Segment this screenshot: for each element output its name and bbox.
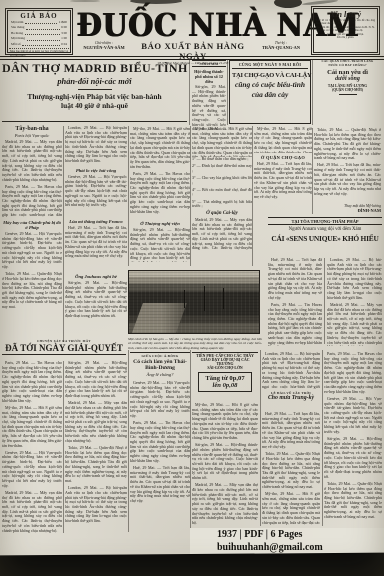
column-rule <box>227 59 228 125</box>
column-rule <box>190 126 191 266</box>
demands-intro: Mỹ-tho, 29 Mai. — Hồi 8 giờ sớm mai, chừ… <box>192 127 252 157</box>
headline-left-deck2: luật 40 giờ ở nhà-quê <box>2 101 187 110</box>
column-rule <box>260 350 261 526</box>
headline-center-box: CÙNG MỘT NGÀY 9 MAI RỒI TẠI CHỢ-GẠO VÀ C… <box>229 60 311 124</box>
phu-cap-amount-to: lên 0p,08 <box>200 382 250 389</box>
cailay-body: Madrid, 29 Mai. — Mấy vạn dân thợ đã kéo… <box>192 218 252 250</box>
section-sens-unique: TẠI TÒA THƯỢNG-THẨM PHÁP Người Annam van… <box>268 217 382 243</box>
headline-center-line2: cũng có cuộc biểu-tình <box>232 80 308 89</box>
column-senate: Mỹ-tho, 29 Mai. — Hồi 8 giờ sớm mai, chừ… <box>130 127 190 262</box>
spain-body: Madrid, 29 Mai. — Mấy vạn dân thợ đã kéo… <box>2 140 62 218</box>
myluong-signature-name: ĐÌNH-NAM <box>314 208 381 213</box>
trung-ky-title: Cho mưa Trung-kỳ <box>262 395 320 401</box>
director-name: NGUYỄN-VĂN-SÂM <box>76 45 132 50</box>
column-rule <box>128 350 129 532</box>
notice-box-title: Xin lưu ý <box>316 10 375 19</box>
spain-head: Tây-ban-nha <box>2 126 62 132</box>
chogao-body: Huế, 29 Mai. — Trời hạn đã lâu, mùa-màng… <box>254 162 312 212</box>
toi29-head: Hội-đồng thành-phố nhóm số 12 điều <box>192 69 226 84</box>
price-box-title: GIÁ BÁO <box>9 12 69 20</box>
plane-subhead: Máy bay của Chánh-phủ bị dò ở Pháp <box>2 220 62 230</box>
section-a-dong: GIỮA CUỘC Á-ĐÔNG Có cách làm yên Thái-Bì… <box>130 352 190 379</box>
column-rule <box>128 126 129 266</box>
newspaper-title: ĐUỐC NHÀ NAM <box>76 9 308 42</box>
phu-cap-body: Mỹ-tho, 29 Mai. — Hồi 8 giờ sớm mai, chừ… <box>192 403 258 525</box>
senate-body-2: Sài-gòn, 29 Mai. — Hội-đồng thành-phố nh… <box>130 228 190 262</box>
column-rule <box>312 128 313 214</box>
column-rule <box>312 59 313 125</box>
column-rule <box>189 59 190 125</box>
divider <box>339 94 357 95</box>
plane-body: Genève, 29 Mai. — Hội Vạn-quốc nhóm đại-… <box>2 232 62 340</box>
column-toi29: TỐI 29 MAI Hội-đồng thành-phố nhóm số 12… <box>192 60 226 130</box>
column-rule <box>252 126 253 266</box>
headline-left-sub: phản-đối nội-các mới <box>2 77 187 86</box>
section-phu-cap: TIỀN PHỤ-CẤP CHO CÁC THẦY GIÁO DẠY LỚP D… <box>192 352 258 394</box>
column-myluong: Tokio, 29 Mai. — Quân-đội Nhựt ở Hoa-bắc… <box>314 128 381 213</box>
notice-line: Xin lưu ý giùm. <box>316 36 375 39</box>
scan-smudge <box>70 0 100 2</box>
headline-right-kicker2: NƯỚC CÓ HAY CHĂNG? <box>314 63 381 67</box>
headline-right-line2: dưới sông <box>314 76 381 82</box>
secretary-name: TRẦN-QUANG-AN <box>254 45 308 50</box>
scan-black-bar <box>0 553 384 576</box>
document-meta: 1937 | PDF | 6 Pages <box>217 529 302 540</box>
phu-cap-line2: GIÁO DẠY LỚP DỰ-BỊ CÁC TRƯỜNG <box>192 358 258 366</box>
phu-cap-amount-from: Tăng từ 0p,07 <box>200 375 250 382</box>
wheat-body: Huế, 29 Mai. — Trời hạn đã lâu, mùa-màng… <box>65 226 127 272</box>
street-photo <box>128 270 260 334</box>
demand-item: 1° — Bỏ thuế thân cho dân nghèo ; <box>192 157 252 162</box>
scan-smudge <box>302 0 338 6</box>
sens-title: CÁI «SENS UNIQUE» KHÓ HIỂU <box>268 234 382 243</box>
a-dong-sub: Ăng-lê chăng? <box>130 372 190 377</box>
london-body-1: London, 29 Mai. — Bộ hải-quân Anh vừa ra… <box>65 126 127 166</box>
chogao-subhead: Ở QUẬN CHỢ-GẠO <box>254 155 312 160</box>
uploader-email: buihuuhanh@gmail.com <box>217 542 323 553</box>
headline-right-line1: Cái nạn yêu dì <box>314 69 381 76</box>
phu-cap-line3: SÀI-GÒN CHỢ-LỚN <box>192 366 258 370</box>
column-spain: Tây-ban-nha Paris hội Vạn-quốc Madrid, 2… <box>2 126 62 340</box>
column-rule <box>63 126 64 342</box>
navy-body: Genève, 29 Mai. — Hội Vạn-quốc nhóm đại-… <box>65 175 127 217</box>
demand-item: 5° — Thả những người bị bắt bữa trước ; <box>192 200 252 209</box>
headline-center-line1: TẠI CHỢ-GẠO VÀ CAI-LẬY <box>232 72 308 79</box>
spain-subhead: Paris hội Vạn-quốc <box>2 133 62 138</box>
a-dong-kicker: GIỮA CUỘC Á-ĐÔNG <box>130 352 190 358</box>
senate-subhead: Ở Thượng-nghị-viện <box>130 221 190 226</box>
giai-quyet-body-left: Paris, 29 Mai. — Tin Havas cho hay rằng … <box>2 361 62 533</box>
giai-quyet-body-right: Sài-gòn, 29 Mai. — Hội-đồng thành-phố nh… <box>65 361 127 533</box>
trung-ky-body: Huế, 29 Mai. — Trời hạn đã lâu, mùa-màng… <box>262 412 320 525</box>
trung-ky-intro: London, 29 Mai. — Bộ hải-quân Anh vừa ra… <box>262 352 320 390</box>
headline-right-loc2: (QUẬN CHỢ-MỚI) <box>314 88 381 92</box>
newspaper-scan-page: GIÁ BÁO Một năm11$00 Sáu tháng6 00 Ba th… <box>0 0 384 576</box>
a-dong-title: Có cách làm yên Thái-Bình-Dương <box>130 359 190 371</box>
column-rule <box>324 258 325 344</box>
scan-smudge <box>130 0 182 4</box>
demand-item: 2° — Đình lại thuế điền-thổ năm nay ; <box>192 164 252 173</box>
notice-box: Xin lưu ý Thơ từ và bài vở gởi về nhà bá… <box>311 6 380 55</box>
giai-quyet-title: ĐÃ TỚI NGÀY GIẢI-QUYẾT <box>2 343 126 355</box>
price-box: GIÁ BÁO Một năm11$00 Sáu tháng6 00 Ba th… <box>5 8 73 55</box>
masthead: ĐUỐC NHÀ NAM <box>76 9 308 39</box>
senate-body-1: Mỹ-tho, 29 Mai. — Hồi 8 giờ sớm mai, chừ… <box>130 127 190 219</box>
demand-item: 3° — Cho vay lúa giống khỏi tiền lời ; <box>192 176 252 185</box>
divider <box>78 89 112 90</box>
photo-grain <box>129 271 259 333</box>
headline-center-line3: của dân cày <box>232 90 308 99</box>
myluong-body: Tokio, 29 Mai. — Quân-đội Nhựt ở Hoa-bắc… <box>314 128 381 204</box>
headline-left-title: DÂN THỢ MADRID BIỂU-TÌNH <box>2 61 187 76</box>
column-rule <box>322 350 323 526</box>
toi29-kicker: TỐI 29 MAI <box>192 60 226 67</box>
section-trung-ky: London, 29 Mai. — Bộ hải-quân Anh vừa ra… <box>262 352 320 403</box>
headline-right: CÁC QUAN CHỨC-TRÁCH LÀNG NƯỚC CÓ HAY CHĂ… <box>314 59 381 95</box>
headline-left: DÂN THỢ MADRID BIỂU-TÌNH phản-đối nội-cá… <box>2 61 187 110</box>
sens-body-left: Huế, 29 Mai. — Trời hạn đã lâu, mùa-màng… <box>268 258 322 346</box>
headline-left-deck1: Thượng-nghị-viện Pháp bát việc ban-hành <box>2 92 187 101</box>
notice-line: Thơ từ và bài vở gởi về nhà báo xin đề c… <box>316 19 375 26</box>
navy-subhead: Phải lo việc hải-công <box>65 168 127 173</box>
section-giai-quyet: CHUYỆN XẢY RA TRƯỚC MẮT ĐÃ TỚI NGÀY GIẢI… <box>2 339 126 355</box>
chogao-intro: Mỹ-tho, 29 Mai. — Hồi 8 giờ sớm mai, chừ… <box>254 127 312 153</box>
demand-item: 4° — Bớt các món thuế chợ, thuế đò ; <box>192 188 252 197</box>
column-demands: Mỹ-tho, 29 Mai. — Hồi 8 giờ sớm mai, chừ… <box>192 127 252 250</box>
sens-kicker: TẠI TÒA THƯỢNG-THẨM PHÁP <box>268 217 382 225</box>
rule <box>2 121 187 122</box>
column-chogao: Mỹ-tho, 29 Mai. — Hồi 8 giờ sớm mai, chừ… <box>254 127 312 212</box>
wheat-subhead: Lúa mì thắng tướng Franco <box>65 219 127 224</box>
jouhaux-body: Sài-gòn, 29 Mai. — Hội-đồng thành-phố nh… <box>65 281 127 327</box>
column-london: London, 29 Mai. — Bộ hải-quân Anh vừa ra… <box>65 126 127 327</box>
sens-subline: Người Annam vang dội với đêm Xám <box>268 227 382 232</box>
jouhaux-subhead: Ông Jouhaux nghỉ hè <box>65 274 127 279</box>
toi29-body: Sài-gòn, 29 Mai. — Hội-đồng thành-phố nh… <box>192 85 226 130</box>
sens-body-right: London, 29 Mai. — Bộ hải-quân Anh vừa ra… <box>327 258 382 346</box>
price-row: Mỗi số0 04 <box>9 42 69 47</box>
column-rule <box>190 350 191 528</box>
demands-list: 1° — Bỏ thuế thân cho dân nghèo ; 2° — Đ… <box>192 157 252 209</box>
a-dong-body: Genève, 29 Mai. — Hội Vạn-quốc nhóm đại-… <box>130 381 190 533</box>
column-rule <box>63 361 64 533</box>
phu-cap-amount-box: Tăng từ 0p,07 lên 0p,08 <box>198 372 252 392</box>
cailay-subhead: Ở quận Cai-lậy <box>192 211 252 216</box>
headline-center-kicker: CÙNG MỘT NGÀY 9 MAI RỒI <box>232 62 308 69</box>
bottom-right-column: Paris, 29 Mai. — Tin Havas cho hay rằng … <box>324 352 382 525</box>
